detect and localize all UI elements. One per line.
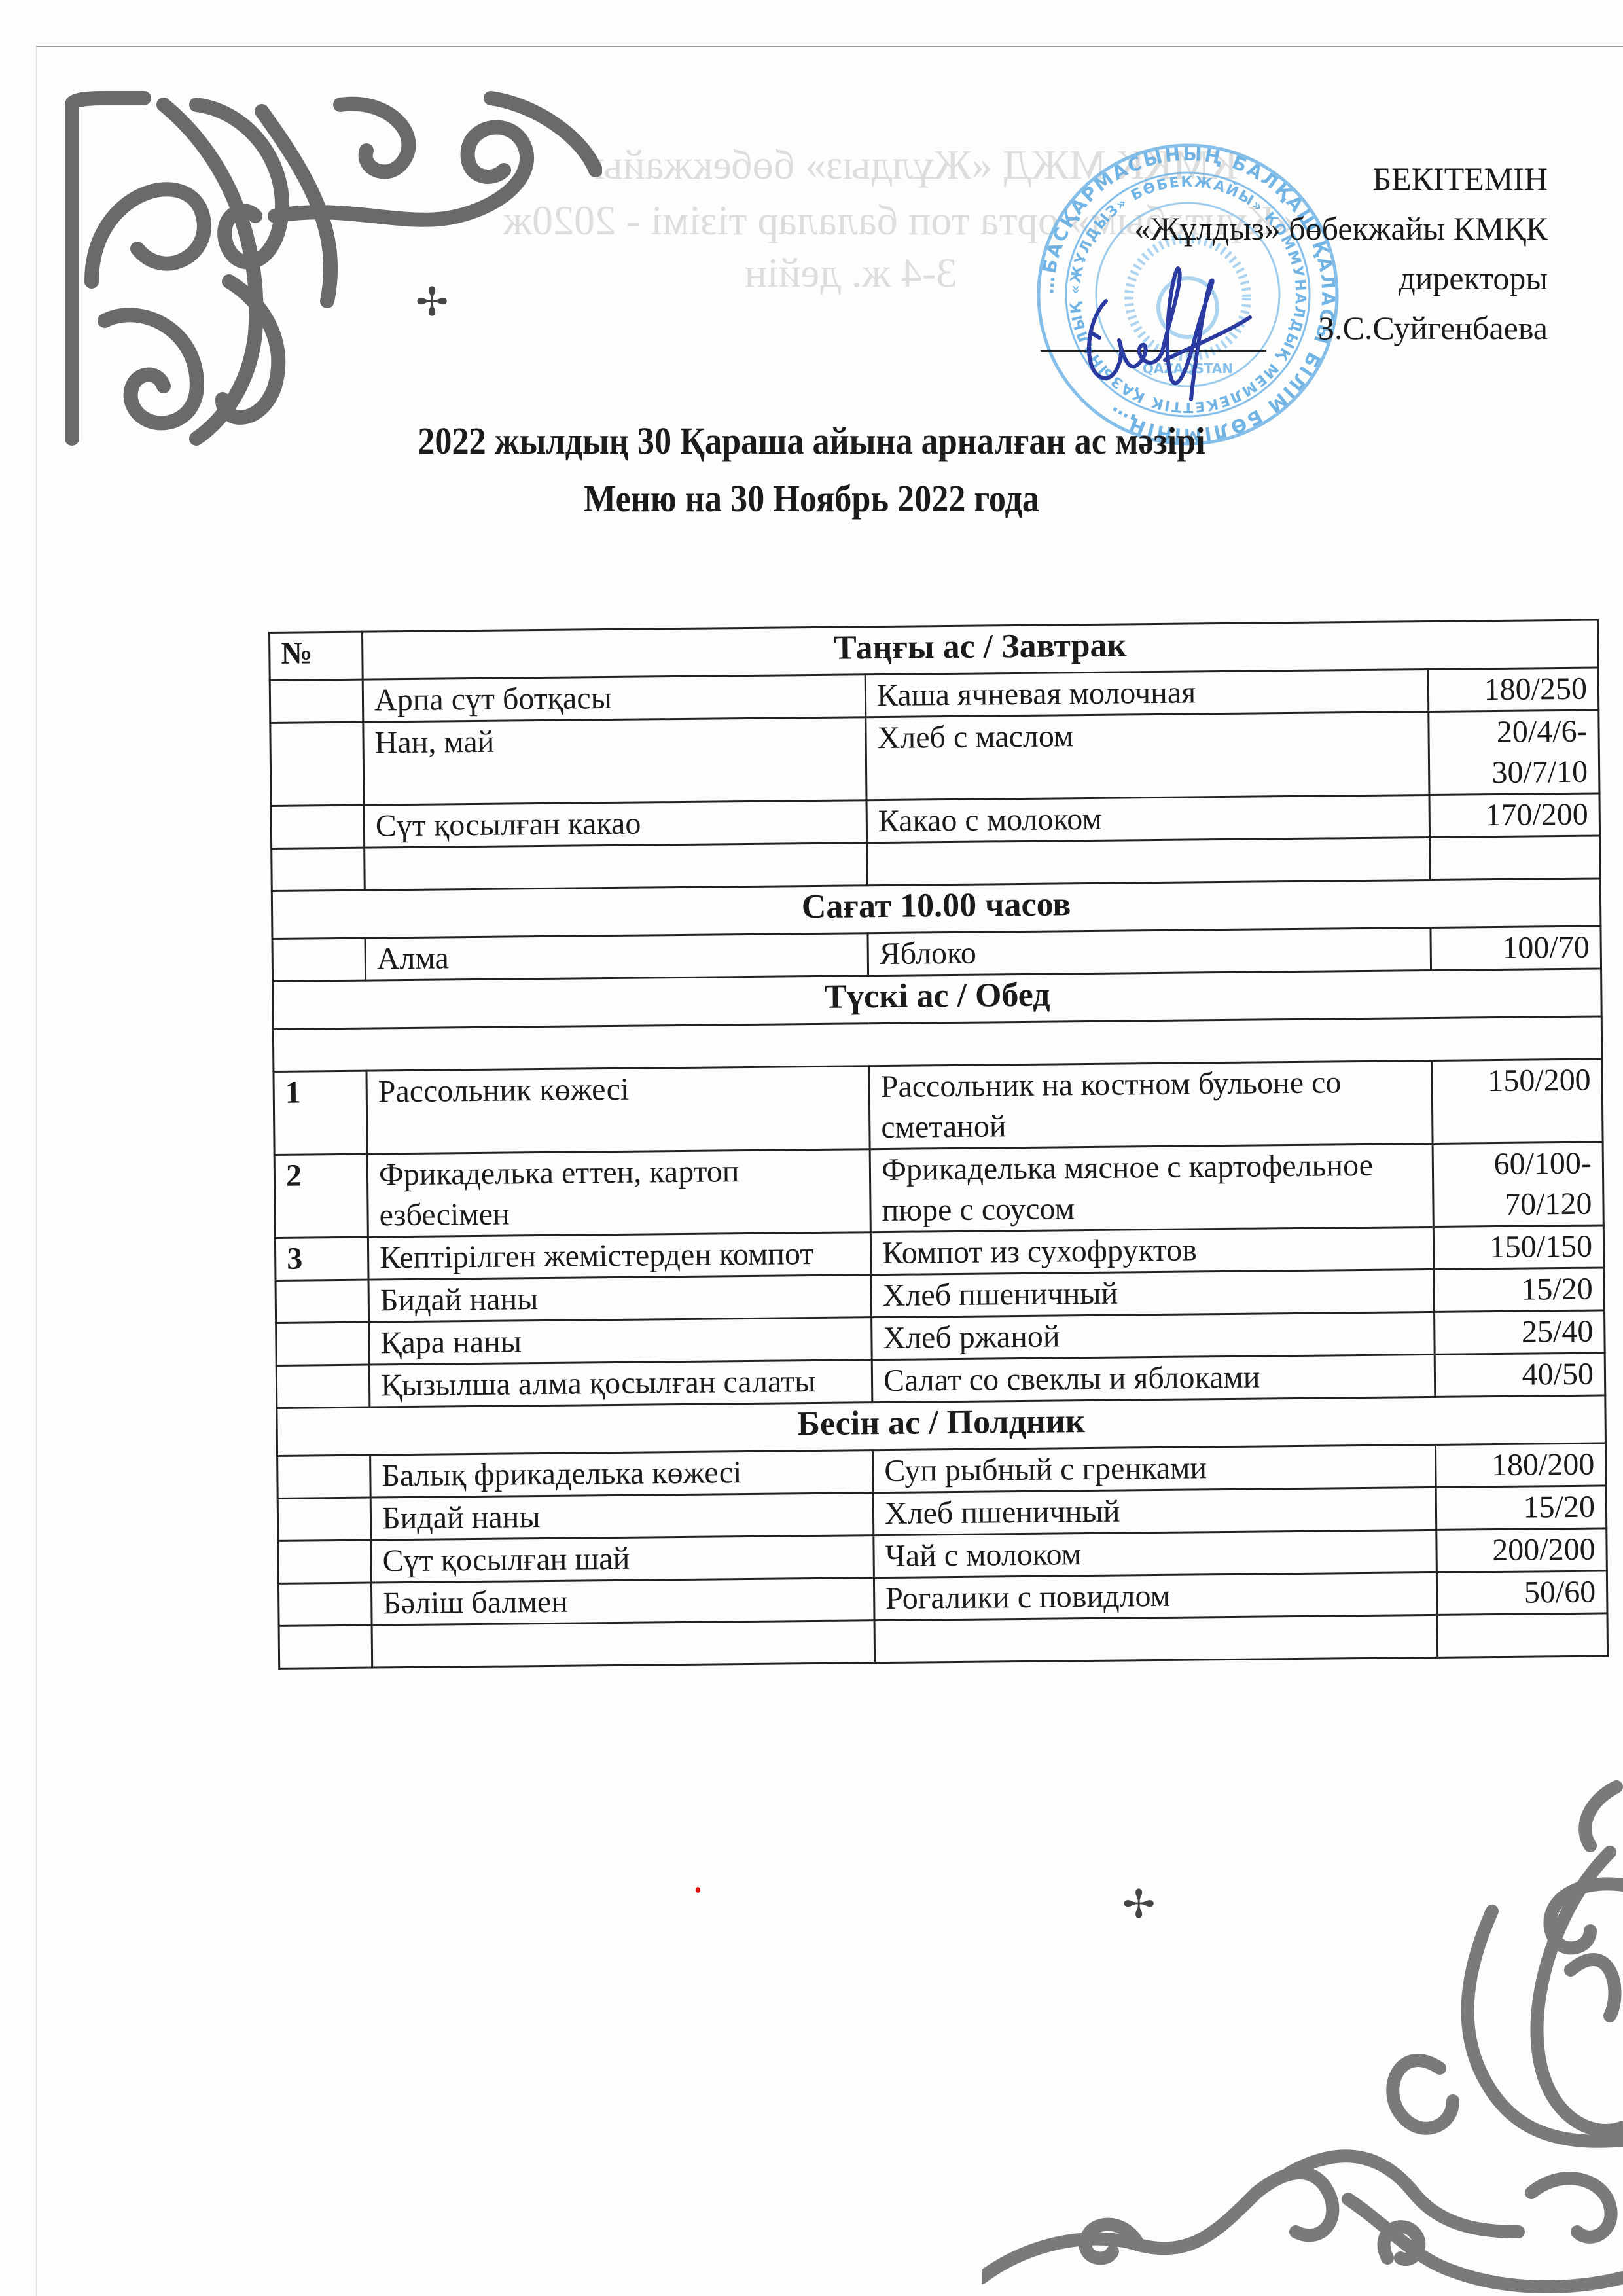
item-number	[277, 1498, 371, 1541]
dish-name-kz: Фрикаделька еттен, картоп езбесімен	[367, 1149, 870, 1237]
dish-name-ru: Хлеб пшеничный	[873, 1487, 1436, 1535]
portion-amount: 100/70	[1431, 926, 1601, 970]
item-number	[270, 679, 363, 723]
dish-name-kz: Балық фрикаделька көжесі	[370, 1450, 874, 1498]
page-title-ru: Меню на 30 Ноябрь 2022 года	[81, 476, 1542, 520]
portion-amount: 180/250	[1428, 668, 1599, 711]
dish-name-kz: Арпа сүт ботқасы	[363, 675, 866, 722]
item-number	[276, 1365, 370, 1408]
dish-name-ru: Рогалики с повидлом	[874, 1572, 1437, 1620]
dish-name-ru	[867, 837, 1431, 885]
portion-amount: 20/4/6-30/7/10	[1429, 710, 1599, 795]
dish-name-kz: Сүт қосылған шай	[371, 1535, 874, 1583]
dish-name-kz: Алма	[365, 933, 868, 980]
dish-name-ru: Каша ячневая молочная	[865, 669, 1429, 717]
portion-amount: 200/200	[1436, 1528, 1607, 1572]
menu-row: 2Фрикаделька еттен, картоп езбесіменФрик…	[274, 1142, 1603, 1238]
dish-name-ru: Салат со свеклы и яблоками	[872, 1354, 1435, 1402]
portion-amount: 40/50	[1435, 1353, 1605, 1397]
ornament-bottom-right-icon	[982, 1774, 1623, 2296]
dish-name-kz	[372, 1621, 875, 1668]
dish-name-kz: Қызылша алма қосылған салаты	[369, 1360, 872, 1407]
dish-name-ru	[874, 1615, 1438, 1662]
menu-table: №Таңғы ас / ЗавтракАрпа сүт ботқасыКаша …	[268, 619, 1609, 1669]
menu-row: Нан, майХлеб с маслом20/4/6-30/7/10	[270, 710, 1599, 806]
portion-amount: 15/20	[1436, 1486, 1607, 1530]
cross-mark-icon: ✢	[416, 283, 448, 322]
item-number	[272, 848, 365, 891]
dish-name-ru: Хлеб пшеничный	[871, 1269, 1435, 1317]
bleed-through-line-3: 3-4 ж. дейін	[622, 249, 1080, 297]
portion-amount: 150/200	[1432, 1059, 1603, 1143]
dish-name-kz	[365, 843, 868, 890]
number-header: №	[270, 632, 363, 680]
item-number	[278, 1583, 372, 1626]
dish-name-ru: Рассольник на костном бульоне со сметано…	[869, 1060, 1433, 1149]
dish-name-kz: Бидай наны	[370, 1493, 874, 1540]
dish-name-ru: Фрикаделька мясное с картофельное пюре с…	[870, 1143, 1433, 1232]
dish-name-kz: Рассольник көжесі	[366, 1066, 870, 1154]
page-title-kz: 2022 жылдың 30 Қараша айына арналған ас …	[81, 419, 1542, 463]
item-number: 2	[274, 1154, 368, 1238]
portion-amount: 150/150	[1433, 1225, 1604, 1269]
portion-amount	[1437, 1613, 1608, 1657]
portion-amount: 15/20	[1434, 1268, 1605, 1312]
item-number: 3	[275, 1237, 368, 1280]
dish-name-ru: Яблоко	[868, 927, 1431, 975]
item-number	[272, 938, 366, 981]
director-signature	[1080, 262, 1263, 409]
item-number	[270, 722, 364, 806]
portion-amount: 25/40	[1435, 1310, 1605, 1354]
dish-name-kz: Бәліш балмен	[371, 1578, 874, 1625]
cross-mark-icon: ✢	[1122, 1885, 1155, 1924]
approval-organization: «Жұлдыз» бөбекжайы КМҚК	[1134, 204, 1548, 253]
red-ink-dot	[696, 1887, 700, 1893]
ornament-top-left-icon	[65, 85, 602, 452]
dish-name-kz: Қара наны	[369, 1318, 872, 1365]
item-number	[276, 1280, 369, 1323]
dish-name-ru: Компот из сухофруктов	[870, 1227, 1434, 1274]
portion-amount: 60/100-70/120	[1433, 1142, 1603, 1227]
dish-name-ru: Хлеб ржаной	[872, 1312, 1435, 1359]
dish-name-kz: Сүт қосылған какао	[364, 800, 867, 848]
item-number	[271, 805, 365, 848]
portion-amount: 170/200	[1429, 793, 1600, 837]
dish-name-kz: Нан, май	[363, 717, 866, 805]
item-number: 1	[274, 1071, 367, 1155]
item-number	[276, 1322, 370, 1365]
portion-amount: 180/200	[1436, 1443, 1607, 1487]
item-number	[277, 1455, 371, 1498]
dish-name-ru: Какао с молоком	[866, 795, 1430, 842]
item-number	[279, 1625, 372, 1668]
item-number	[278, 1540, 372, 1583]
dish-name-kz: Кептірілген жемістерден компот	[368, 1232, 871, 1280]
dish-name-ru: Хлеб с маслом	[866, 711, 1429, 800]
dish-name-kz: Бидай наны	[368, 1275, 872, 1322]
portion-amount	[1430, 836, 1601, 880]
approval-heading: БЕКІТЕМІН	[1134, 154, 1548, 204]
menu-row: 1Рассольник көжесіРассольник на костном …	[274, 1059, 1603, 1155]
dish-name-ru: Суп рыбный с гренками	[873, 1444, 1436, 1492]
dish-name-ru: Чай с молоком	[874, 1530, 1437, 1577]
portion-amount: 50/60	[1436, 1571, 1607, 1615]
